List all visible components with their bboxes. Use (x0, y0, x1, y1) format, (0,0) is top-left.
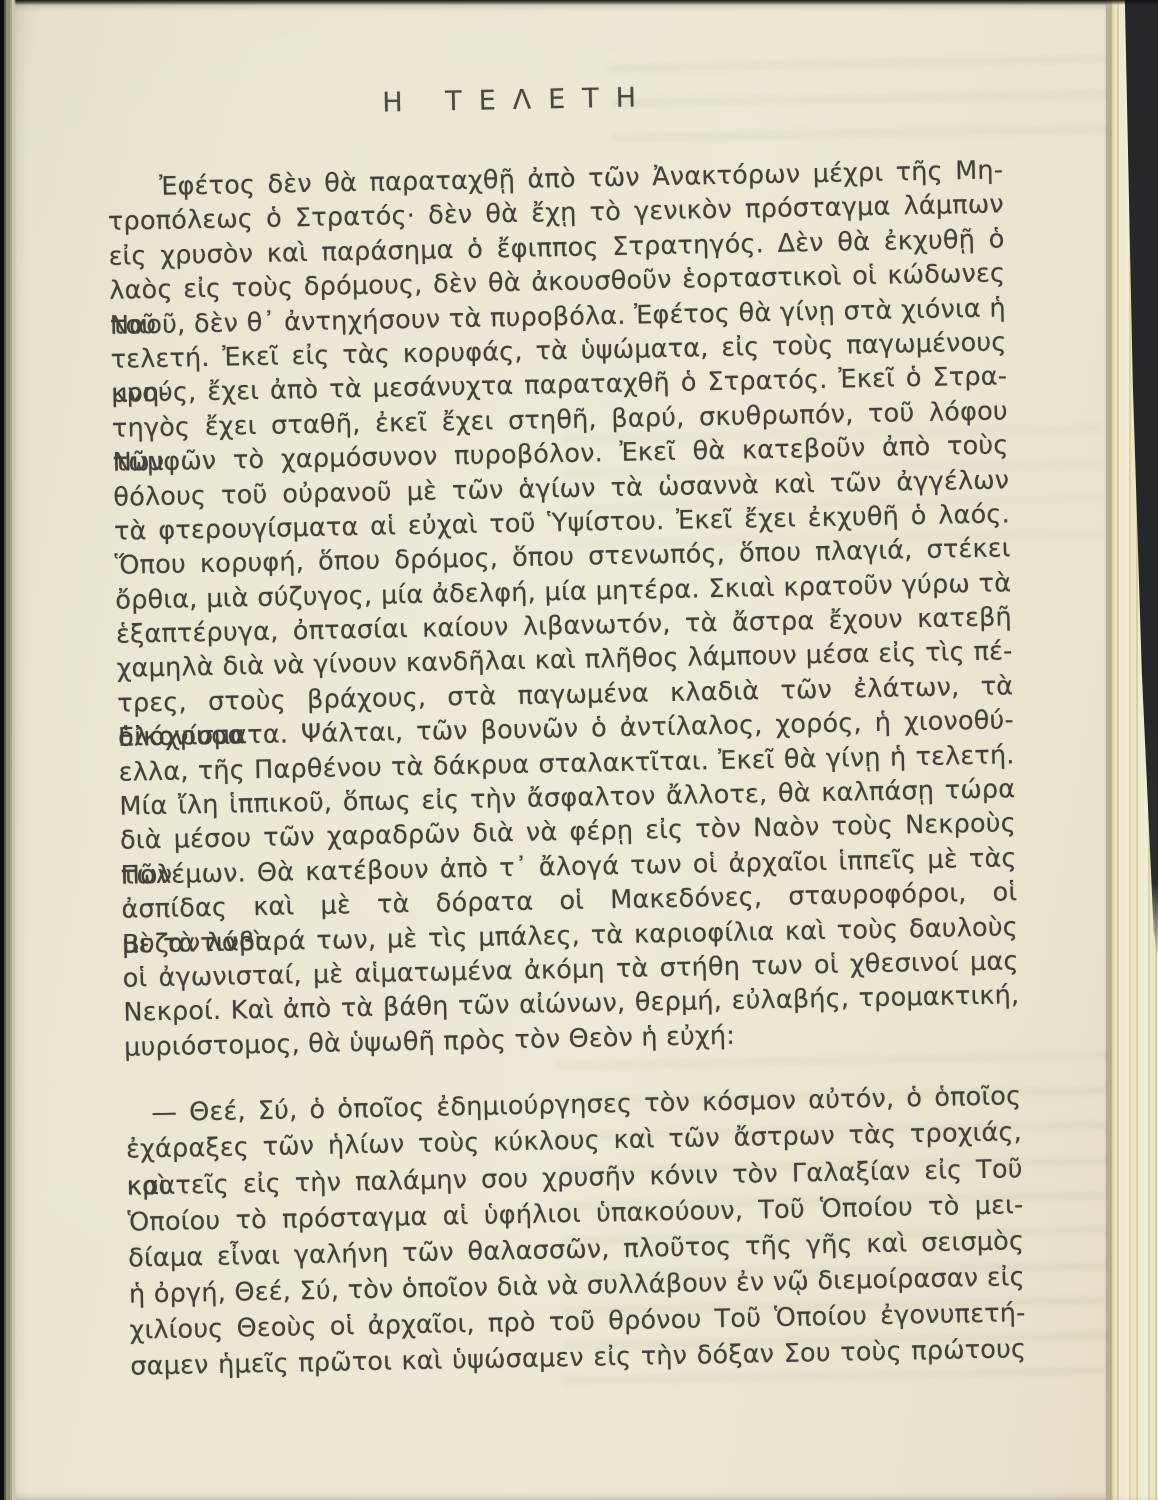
paragraph-prayer: — Θεέ, Σύ, ὁ ὁποῖος ἐδημιούργησες τὸν κό… (125, 1078, 1026, 1385)
paragraph-ceremony: Ἐφέτος δὲν θὰ παραταχθῇ ἀπὸ τῶν Ἀνακτόρω… (107, 153, 1020, 1064)
page-edge-seam (1104, 0, 1114, 1500)
printed-content: Η ΤΕΛΕΤΗ Ἐφέτος δὲν θὰ παραταχθῇ ἀπὸ τῶν… (105, 75, 1026, 1385)
book-binding-edge (0, 0, 16, 1500)
page-top-edge (0, 0, 1158, 5)
book-scan: Η ΤΕΛΕΤΗ Ἐφέτος δὲν θὰ παραταχθῇ ἀπὸ τῶν… (0, 0, 1158, 1500)
